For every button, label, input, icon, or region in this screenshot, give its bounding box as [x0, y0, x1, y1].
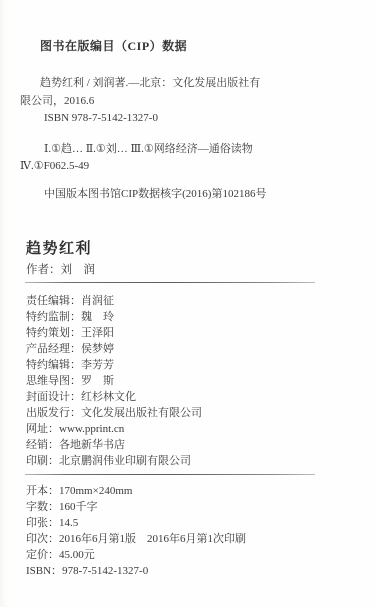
credit-label: 印刷： [26, 455, 59, 467]
title-block: 趋势红利 作者：刘 润 [20, 239, 357, 278]
credit-value: 侯梦婷 [81, 343, 114, 355]
credit-label: 经销： [26, 439, 59, 451]
credit-row-mindmap: 思维导图：罗 斯 [26, 373, 357, 389]
credit-value: 红杉林文化 [81, 391, 136, 403]
cip-record-line-1: 趋势红利 / 刘润著.—北京：文化发展出版社有 [20, 75, 357, 93]
print-row-wordcount: 字数：160千字 [26, 499, 357, 515]
print-value: 14.5 [59, 517, 78, 529]
print-row-price: 定价：45.00元 [26, 547, 357, 563]
credit-row-website: 网址：www.pprint.cn [26, 421, 357, 437]
credit-label: 特约监制： [26, 311, 81, 323]
print-row-sheets: 印张：14.5 [26, 515, 357, 531]
cip-classification: Ⅰ.①趋… Ⅱ.①刘… Ⅲ.①网络经济—通俗读物 Ⅳ.①F062.5-49 [20, 141, 357, 175]
credit-row-cover-design: 封面设计：红杉林文化 [26, 389, 357, 405]
credit-label: 网址： [26, 423, 59, 435]
divider-top [25, 282, 315, 283]
credit-row-distribution: 经销：各地新华书店 [26, 437, 357, 453]
credit-value: 罗 斯 [81, 375, 114, 387]
credit-row-supervisor: 特约监制：魏 玲 [26, 309, 357, 325]
print-label: 印张： [26, 517, 59, 529]
print-row-isbn: ISBN：978-7-5142-1327-0 [26, 563, 357, 579]
author-line: 作者：刘 润 [26, 262, 357, 278]
author-name: 刘 润 [61, 264, 96, 276]
credit-label: 思维导图： [26, 375, 81, 387]
credit-label: 特约编辑： [26, 359, 81, 371]
author-label: 作者： [26, 264, 61, 276]
print-value: 170mm×240mm [59, 485, 132, 497]
credit-row-contributing-editor: 特约编辑：李芳芳 [26, 357, 357, 373]
cip-heading: 图书在版编目（CIP）数据 [40, 37, 357, 54]
print-row-format: 开本：170mm×240mm [26, 483, 357, 499]
credit-value: 北京鹏润伟业印刷有限公司 [59, 455, 191, 467]
print-info-list: 开本：170mm×240mm 字数：160千字 印张：14.5 印次：2016年… [20, 483, 357, 579]
credit-value: 文化发展出版社有限公司 [81, 407, 202, 419]
print-label: 印次： [26, 533, 59, 545]
page-content: 图书在版编目（CIP）数据 趋势红利 / 刘润著.—北京：文化发展出版社有 限公… [0, 37, 375, 579]
print-value: 45.00元 [59, 549, 95, 561]
book-title: 趋势红利 [26, 239, 357, 259]
credits-list: 责任编辑：肖润征 特约监制：魏 玲 特约策划：王泽阳 产品经理：侯梦婷 特约编辑… [20, 293, 357, 469]
cip-record-paragraph: 趋势红利 / 刘润著.—北京：文化发展出版社有 限公司，2016.6 ISBN … [20, 75, 357, 128]
copyright-page: 图书在版编目（CIP）数据 趋势红利 / 刘润著.—北京：文化发展出版社有 限公… [0, 0, 375, 607]
divider-bottom [25, 474, 315, 475]
credit-row-product-manager: 产品经理：侯梦婷 [26, 341, 357, 357]
print-label: ISBN： [26, 565, 62, 577]
credit-value: 各地新华书店 [59, 439, 125, 451]
credit-row-publisher: 出版发行：文化发展出版社有限公司 [26, 405, 357, 421]
print-value: 160千字 [59, 501, 98, 513]
credit-row-editor: 责任编辑：肖润征 [26, 293, 357, 309]
print-value: 978-7-5142-1327-0 [62, 565, 148, 577]
credit-row-printer: 印刷：北京鹏润伟业印刷有限公司 [26, 453, 357, 469]
credit-value: 李芳芳 [81, 359, 114, 371]
print-label: 字数： [26, 501, 59, 513]
credit-value: 魏 玲 [81, 311, 114, 323]
website-url: www.pprint.cn [59, 423, 124, 435]
cip-class-line-1: Ⅰ.①趋… Ⅱ.①刘… Ⅲ.①网络经济—通俗读物 [20, 141, 357, 158]
print-row-edition: 印次：2016年6月第1版 2016年6月第1次印刷 [26, 531, 357, 547]
credit-label: 特约策划： [26, 327, 81, 339]
cip-record-number: 中国版本图书馆CIP数据核字(2016)第102186号 [20, 185, 357, 201]
print-label: 定价： [26, 549, 59, 561]
credit-value: 肖润征 [81, 295, 114, 307]
credit-label: 出版发行： [26, 407, 81, 419]
credit-row-planner: 特约策划：王泽阳 [26, 325, 357, 341]
print-value: 2016年6月第1版 2016年6月第1次印刷 [59, 533, 246, 545]
credit-label: 责任编辑： [26, 295, 81, 307]
print-label: 开本： [26, 485, 59, 497]
cip-class-line-2: Ⅳ.①F062.5-49 [20, 158, 357, 175]
credit-label: 封面设计： [26, 391, 81, 403]
cip-record-line-2: 限公司，2016.6 [20, 93, 357, 111]
cip-isbn-line: ISBN 978-7-5142-1327-0 [20, 110, 357, 128]
credit-label: 产品经理： [26, 343, 81, 355]
credit-value: 王泽阳 [81, 327, 114, 339]
